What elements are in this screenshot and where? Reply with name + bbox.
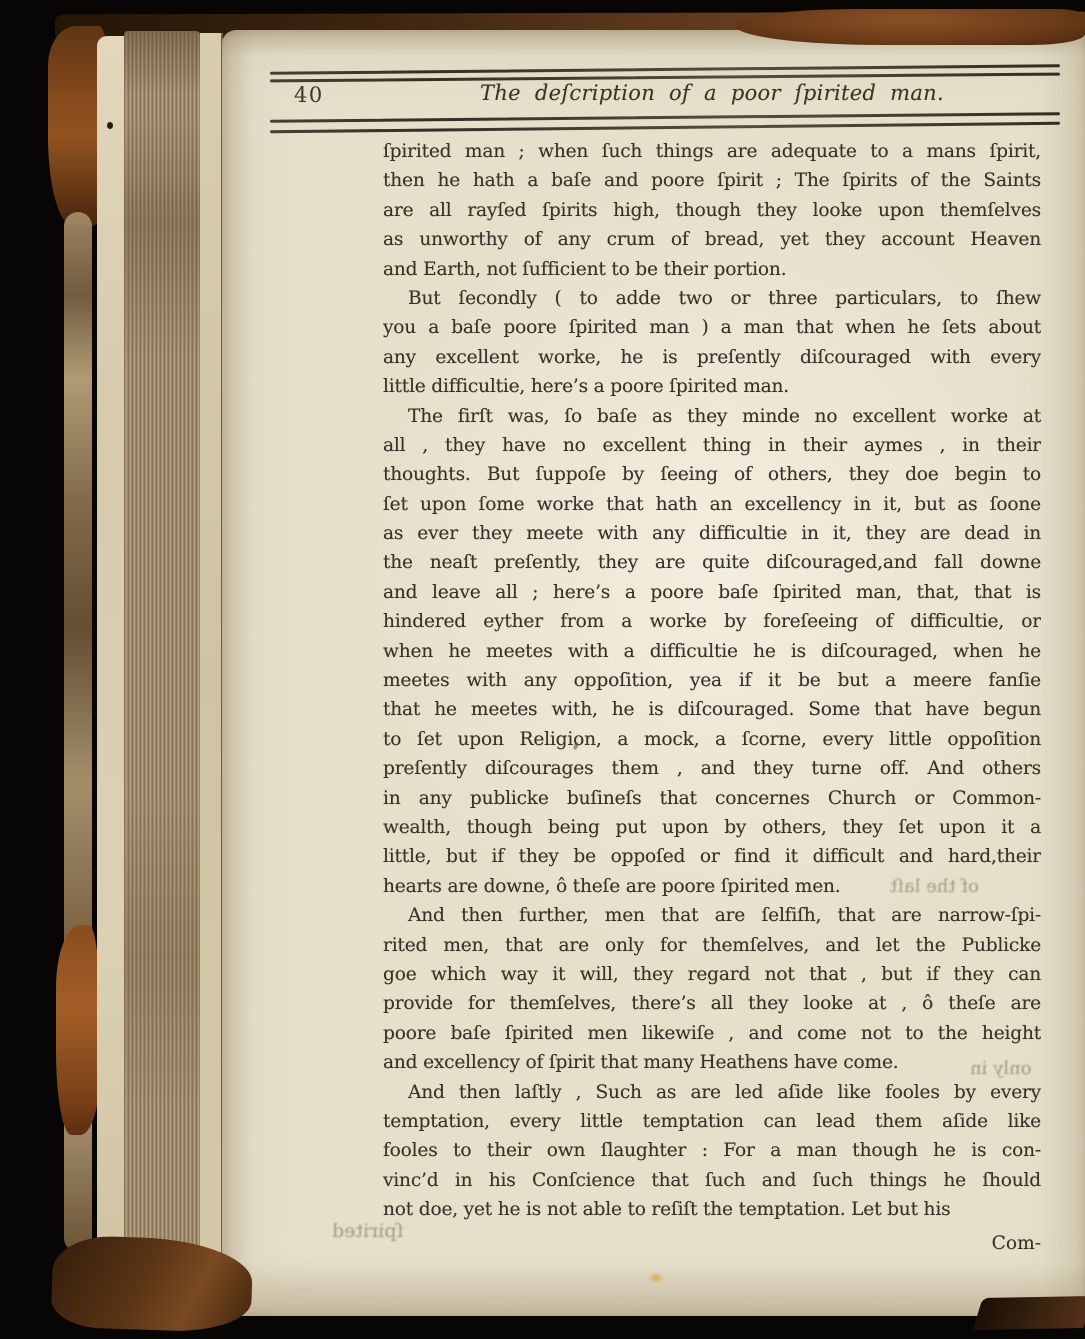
- text-line: are all rayſed ſpirits high, though they…: [383, 196, 1041, 225]
- text-line: to ſet upon Religion, a mock, a ſcorne, …: [383, 725, 1041, 754]
- running-title: The deſcription of a poor ſpirited man.: [382, 81, 1042, 105]
- header-rule-bottom-2: [270, 122, 1060, 133]
- text-line: meetes with any oppoſition, yea if it be…: [383, 666, 1041, 695]
- text-line: not doe, yet he is not able to reſiſt th…: [383, 1195, 1041, 1224]
- text-line: goe which way it will, they regard not t…: [383, 960, 1041, 989]
- text-line: in any publicke buſineſs that concernes …: [383, 784, 1041, 813]
- page-block-fore-edge: [124, 31, 200, 1311]
- text-line: as ever they meete with any difficultie …: [383, 519, 1041, 548]
- text-line: little, but if they be oppoſed or find i…: [383, 842, 1041, 871]
- text-line: provide for themſelves, there’s all they…: [383, 989, 1041, 1018]
- text-line: thoughts. But ſuppoſe by ſeeing of other…: [383, 460, 1041, 489]
- text-line: as unworthy of any crum of bread, yet th…: [383, 225, 1041, 254]
- binding-leather-bottom-right: [973, 1296, 1085, 1330]
- text-line: and leave all ; here’s a poore baſe ſpir…: [383, 578, 1041, 607]
- binding-leather-left-lower: [56, 925, 100, 1135]
- catchword: Com-: [383, 1233, 1041, 1254]
- page-block-edge-outer: [97, 36, 124, 1304]
- text-line: temptation, every little temptation can …: [383, 1107, 1041, 1136]
- text-line: any excellent worke, he is preſently diſ…: [383, 343, 1041, 372]
- text-line: little difficultie, here’s a poore ſpiri…: [383, 372, 1041, 401]
- text-line: And then laſtly , Such as are led aſide …: [383, 1078, 1041, 1107]
- text-line: The firſt was, ſo baſe as they minde no …: [383, 402, 1041, 431]
- text-line: wealth, though being put upon by others,…: [383, 813, 1041, 842]
- book-page: 40 The deſcription of a poor ſpirited ma…: [222, 30, 1085, 1316]
- text-line: poore baſe ſpirited men likewiſe , and c…: [383, 1019, 1041, 1048]
- text-line: and excellency of ſpirit that many Heath…: [383, 1048, 1041, 1077]
- text-line: the neaſt preſently, they are quite diſc…: [383, 548, 1041, 577]
- book-photograph: 40 The deſcription of a poor ſpirited ma…: [0, 0, 1085, 1339]
- text-line: preſently diſcourages them , and they tu…: [383, 754, 1041, 783]
- page-block-edge-inner: [200, 33, 223, 1313]
- text-line: ſet upon ſome worke that hath an excelle…: [383, 490, 1041, 519]
- body-text: ſpirited man ; when ſuch things are adeq…: [383, 137, 1041, 1224]
- page-number: 40: [294, 83, 324, 107]
- text-line: And then further, men that are ſelfiſh, …: [383, 901, 1041, 930]
- text-line: then he hath a baſe and poore ſpirit ; T…: [383, 166, 1041, 195]
- binding-leather-top-right: [735, 9, 1085, 45]
- text-line: vinc’d in his Conſcience that ſuch and ſ…: [383, 1166, 1041, 1195]
- text-line: hindered eyther from a worke by foreſeei…: [383, 607, 1041, 636]
- text-line: fooles to their own ſlaughter : For a ma…: [383, 1136, 1041, 1165]
- text-line: when he meetes with a difficultie he is …: [383, 637, 1041, 666]
- text-line: ſpirited man ; when ſuch things are adeq…: [383, 137, 1041, 166]
- header-rule-bottom-1: [270, 112, 1060, 122]
- text-line: all , they have no excellent thing in th…: [383, 431, 1041, 460]
- text-line: you a baſe poore ſpirited man ) a man th…: [383, 313, 1041, 342]
- text-line: and Earth, not ſufficient to be their po…: [383, 255, 1041, 284]
- text-line: hearts are downe, ô theſe are poore ſpir…: [383, 872, 1041, 901]
- text-line: rited men, that are only for themſelves,…: [383, 931, 1041, 960]
- text-line: But ſecondly ( to adde two or three part…: [383, 284, 1041, 313]
- text-line: that he meetes with, he is diſcouraged. …: [383, 695, 1041, 724]
